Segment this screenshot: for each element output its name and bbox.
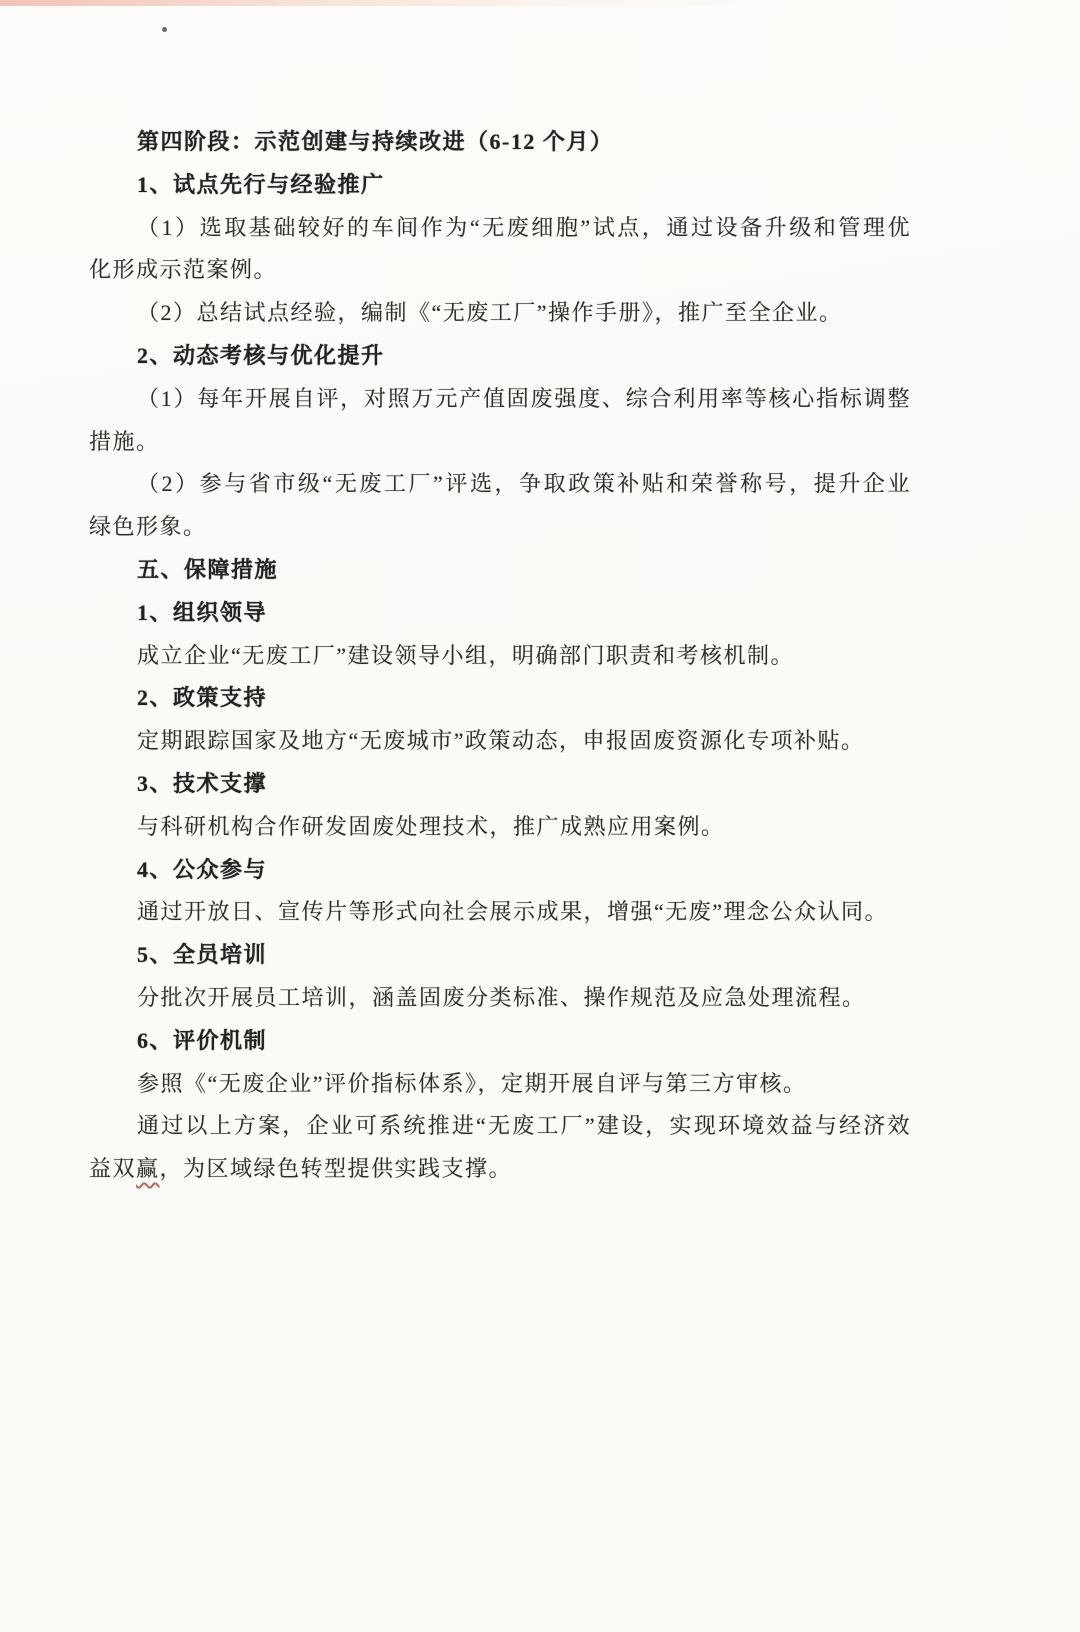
- line-pilot-point1-b: 化形成示范案例。: [89, 249, 911, 292]
- document-body: 第四阶段：示范创建与持续改进（6-12 个月） 1、试点先行与经验推广 （1）选…: [89, 121, 911, 1191]
- line-tech-support-body: 与科研机构合作研发固废处理技术，推广成熟应用案例。: [89, 806, 911, 849]
- closing-text-after: ，为区域绿色转型提供实践支撑。: [160, 1156, 513, 1181]
- line-sub1-pilot-promotion: 1、试点先行与经验推广: [89, 164, 911, 207]
- line-pilot-point1-a: （1）选取基础较好的车间作为“无废细胞”试点，通过设备升级和管理优: [89, 207, 911, 250]
- line-public-participation-body: 通过开放日、宣传片等形式向社会展示成果，增强“无废”理念公众认同。: [89, 891, 911, 934]
- line-org-leadership-body: 成立企业“无废工厂”建设领导小组，明确部门职责和考核机制。: [89, 635, 911, 678]
- line-sub-tech-support: 3、技术支撑: [89, 763, 911, 806]
- line-evaluation-body: 参照《“无废企业”评价指标体系》，定期开展自评与第三方审核。: [89, 1063, 911, 1106]
- closing-text-before: 益双: [89, 1156, 136, 1181]
- scanned-document-page: 第四阶段：示范创建与持续改进（6-12 个月） 1、试点先行与经验推广 （1）选…: [0, 0, 1080, 1632]
- line-phase4-title: 第四阶段：示范创建与持续改进（6-12 个月）: [89, 121, 911, 164]
- line-closing-b: 益双赢，为区域绿色转型提供实践支撑。: [89, 1148, 911, 1191]
- line-closing-a: 通过以上方案，企业可系统推进“无废工厂”建设，实现环境效益与经济效: [89, 1105, 911, 1148]
- line-assessment-point2-a: （2）参与省市级“无废工厂”评选，争取政策补贴和荣誉称号，提升企业: [89, 463, 911, 506]
- line-sub-evaluation-mechanism: 6、评价机制: [89, 1020, 911, 1063]
- line-assessment-point2-b: 绿色形象。: [89, 506, 911, 549]
- line-section5-safeguards-title: 五、保障措施: [89, 549, 911, 592]
- scan-edge-artifact: [0, 0, 790, 6]
- line-assessment-point1-a: （1）每年开展自评，对照万元产值固废强度、综合利用率等核心指标调整: [89, 378, 911, 421]
- line-sub-org-leadership: 1、组织领导: [89, 592, 911, 635]
- line-sub-staff-training: 5、全员培训: [89, 934, 911, 977]
- scan-speck: [162, 27, 167, 32]
- line-pilot-point2: （2）总结试点经验，编制《“无废工厂”操作手册》，推广至全企业。: [89, 292, 911, 335]
- line-sub-policy-support: 2、政策支持: [89, 677, 911, 720]
- line-staff-training-body: 分批次开展员工培训，涵盖固废分类标准、操作规范及应急处理流程。: [89, 977, 911, 1020]
- line-sub-public-participation: 4、公众参与: [89, 849, 911, 892]
- line-sub2-dynamic-assessment: 2、动态考核与优化提升: [89, 335, 911, 378]
- line-assessment-point1-b: 措施。: [89, 421, 911, 464]
- line-policy-support-body: 定期跟踪国家及地方“无废城市”政策动态，申报固废资源化专项补贴。: [89, 720, 911, 763]
- spellcheck-marked-char: 赢: [136, 1156, 160, 1181]
